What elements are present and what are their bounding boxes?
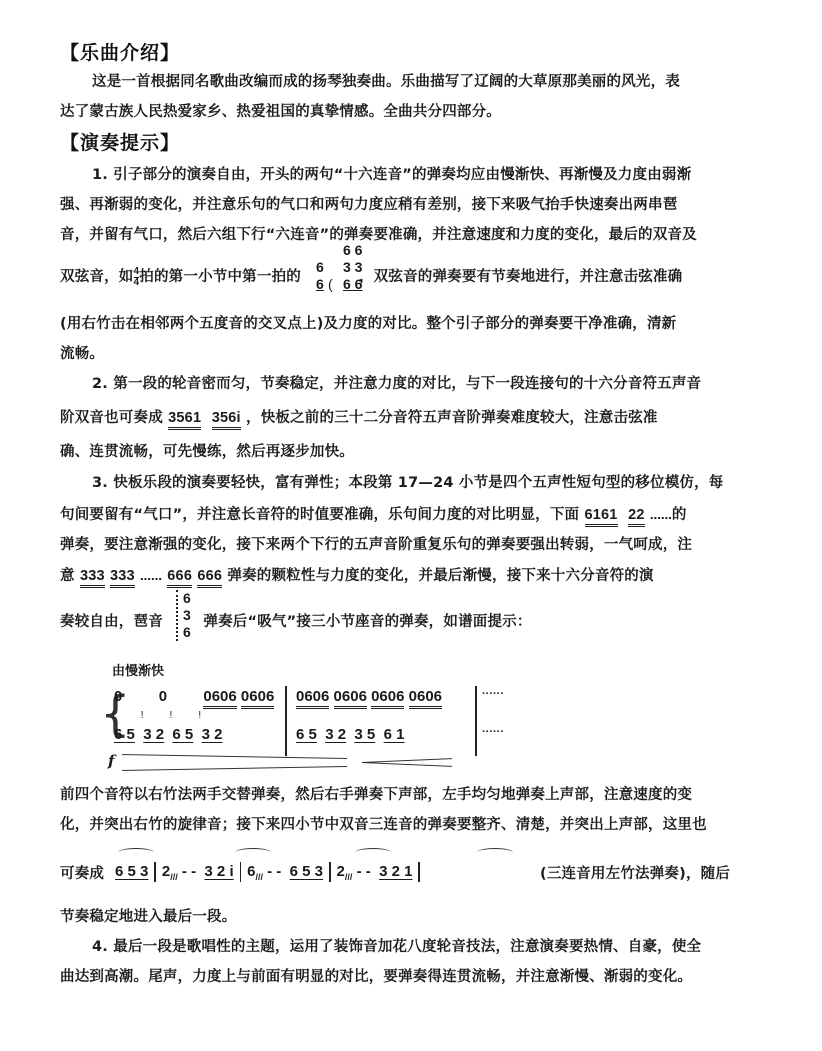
decrescendo-hairpin — [122, 754, 347, 759]
chord-paren: ( — [328, 277, 333, 292]
text-span: 弹奏的颗粒性与力度的变化，并最后渐慢，接下来十六分音符的演 — [227, 568, 653, 584]
tip2-line-3: 确、连贯流畅，可先慢练，然后再逐步加快。 — [60, 440, 760, 461]
decrescendo-hairpin — [122, 766, 347, 771]
arpeggio-note: 6 — [183, 624, 191, 641]
tip4-line-1: 4. 最后一段是歌唱性的主题，运用了装饰音加花八度轮音技法，注意演奏要热情、自豪… — [92, 935, 792, 956]
note-pair: 6 5 — [114, 726, 135, 743]
triplet: 6 5 3 — [115, 863, 148, 880]
text-span: 意 — [60, 568, 75, 584]
hold: - - — [357, 863, 371, 880]
tremolo-icon: /// — [345, 872, 353, 882]
barline — [475, 686, 477, 756]
ellipsis: …… — [140, 570, 162, 583]
slur-icon — [235, 848, 271, 857]
barline — [240, 862, 242, 882]
tip1-line-3: 音，并留有气口，然后六组下行“六连音”的弹奏要准确，并注意速度和力度的变化，最后… — [60, 223, 760, 244]
tip3-line-5: 奏较自由，琶音 弹奏后“吸气”接三小节座音的弹奏，如谱面提示： — [60, 610, 760, 631]
note: 2 — [162, 863, 170, 880]
crescendo-hairpin — [362, 762, 452, 767]
tremolo-icon: /// — [170, 872, 178, 882]
upper-voice-m2: 0606 0606 0606 0606 — [296, 688, 442, 705]
tip3-line-3: 弹奏，要注意渐强的变化，接下来两个下行的五声音阶重复乐句的弹奏要强出转弱，一气呵… — [60, 533, 760, 554]
note-group: 0606 — [334, 688, 367, 709]
tips-heading: 【演奏提示】 — [60, 128, 180, 155]
ellipsis: …… — [650, 509, 672, 522]
note-group: 0606 — [203, 688, 236, 709]
tip1-line-1: 1. 引子部分的演奏自由，开头的两句“十六连音”的弹奏均应由慢渐快、再渐慢及力度… — [92, 163, 792, 184]
lower-voice-m2: 6 5 3 2 3 5 6 1 — [296, 726, 404, 743]
dynamic-forte: f — [108, 752, 114, 770]
chord-bot-left: 6 — [316, 277, 324, 292]
barline — [154, 862, 156, 882]
text-span: ，快板之前的三十二分音符五声音阶弹奏难度较大，注意击弦准 — [246, 410, 658, 426]
text-span: 阶双音也可奏成 — [60, 410, 163, 426]
notation-666: 666 — [197, 569, 222, 588]
text-span: 的 — [672, 507, 687, 523]
grace-marks: !!!! — [112, 710, 227, 721]
note-group: 0606 — [241, 688, 274, 709]
notation-6161: 6161 — [585, 508, 618, 527]
notation-666: 666 — [167, 569, 192, 588]
notation-333: 333 — [110, 569, 135, 588]
tip2-line-2: 阶双音也可奏成 3561 356i ，快板之前的三十二分音符五声音阶弹奏难度较大… — [60, 406, 760, 430]
tip3-line-2: 句间要留有“气口”，并注意长音符的时值要准确，乐句间力度的对比明显，下面 616… — [60, 503, 760, 527]
tip3b-line-2: 化，并突出右竹的旋律音；接下来四小节中双音三连音的弹奏要整齐、清楚，并突出上声部… — [60, 813, 760, 834]
note-group: 0606 — [296, 688, 329, 709]
barline — [418, 862, 420, 882]
notation-333: 333 — [80, 569, 105, 588]
tip2-line-1: 2. 第一段的轮音密而匀，节奏稳定，并注意力度的对比，与下一段连接句的十六分音符… — [92, 372, 792, 393]
triplet-notation: 6 5 32/// - - 3 2 i6/// - - 6 5 32/// - … — [115, 862, 426, 882]
tip1-line-6: 流畅。 — [60, 342, 760, 363]
intro-text-line-1: 这是一首根据同名歌曲改编而成的扬琴独奏曲。乐曲描写了辽阔的大草原那美丽的风光，表 — [92, 70, 792, 91]
notation-22: 22 — [628, 508, 645, 527]
arpeggio-chord: 6 3 6 — [176, 590, 191, 641]
tip3-line-4: 意 333 333 …… 666 666 弹奏的颗粒性与力度的变化，并最后渐慢，… — [60, 564, 760, 588]
note-pair: 3 2 — [325, 726, 346, 743]
barline — [329, 862, 331, 882]
note-pair: 3 2 — [202, 726, 223, 743]
score-excerpt: 由慢渐快 { 0 0 0606 0606 0606 0606 0606 0606… — [100, 660, 540, 770]
hold: - - — [267, 863, 281, 880]
tip3-line-1: 3. 快板乐段的演奏要轻快，富有弹性；本段第 17—24 小节是四个五声性短句型… — [92, 471, 792, 492]
chord-bot-right: 6 6 — [343, 277, 362, 292]
note-pair: 3 5 — [354, 726, 375, 743]
text-span: 弹奏后“吸气”接三小节座音的弹奏，如谱面提示： — [203, 614, 531, 630]
chord-mid-right: 3 3 — [343, 260, 362, 275]
tempo-marking: 由慢渐快 — [112, 660, 164, 679]
tip1-line-4: 双弦音，如44拍的第一小节中第一拍的，双弦音的弹奏要有节奏地进行，并注意击弦准确 — [60, 265, 760, 288]
notation-356i: 356i — [212, 411, 241, 430]
text-span: 奏较自由，琶音 — [60, 614, 163, 630]
note-pair: 6 5 — [296, 726, 317, 743]
arpeggio-note: 6 — [183, 590, 191, 607]
upper-voice: 0 0 0606 0606 — [114, 688, 274, 705]
tip1-line-5: (用右竹击在相邻两个五度音的交叉点上)及力度的对比。整个引子部分的弹奏要干净准确… — [60, 312, 760, 333]
notation-3561: 3561 — [168, 411, 201, 430]
hold: - - — [182, 863, 196, 880]
note: 0 — [159, 688, 167, 705]
tip3b-line-1: 前四个音符以右竹法两手交替弹奏，然后右手弹奏下声部，左手均匀地弹奏上声部，注意速… — [60, 783, 760, 804]
text-span: 可奏成 — [60, 866, 104, 882]
continuation: ······ — [482, 688, 504, 700]
triplet: 3 2 1 — [379, 863, 412, 880]
slur-icon — [355, 848, 391, 857]
tip1-line-2: 强、再渐弱的变化，并注意乐句的气口和两句力度应稍有差别，接下来吸气抬手快速奏出两… — [60, 193, 760, 214]
barline — [285, 686, 287, 756]
note-group: 0606 — [409, 688, 442, 709]
text-span: 双弦音，如 — [60, 269, 134, 285]
intro-text-line-2: 达了蒙古族人民热爱家乡、热爱祖国的真挚情感。全曲共分四部分。 — [60, 100, 760, 121]
tip3b-line-3-tail: (三连音用左竹法弹奏)，随后 — [540, 862, 780, 883]
triplet: 3 2 i — [204, 863, 233, 880]
note-group: 0606 — [371, 688, 404, 709]
text-span: 句间要留有“气口”，并注意长音符的时值要准确，乐句间力度的对比明显，下面 — [60, 507, 579, 523]
lower-voice: 6 5 3 2 6 5 3 2 — [114, 726, 222, 743]
tip4-line-2: 曲达到高潮。尾声，力度上与前面有明显的对比，要弹奏得连贯流畅，并注意渐慢、渐弱的… — [60, 965, 760, 986]
text-span: ，双弦音的弹奏要有节奏地进行，并注意击弦准确 — [359, 269, 682, 285]
text-span: 拍的第一小节中第一拍的 — [139, 269, 301, 285]
slur-icon — [118, 848, 154, 857]
slur-icon — [477, 848, 513, 857]
triplet: 6 5 3 — [290, 863, 323, 880]
tip3b-line-4: 节奏稳定地进入最后一段。 — [60, 905, 760, 926]
tremolo-icon: /// — [255, 872, 263, 882]
note: 2 — [337, 863, 345, 880]
note-pair: 3 2 — [143, 726, 164, 743]
note-pair: 6 1 — [384, 726, 405, 743]
document-page: 【乐曲介绍】 这是一首根据同名歌曲改编而成的扬琴独奏曲。乐曲描写了辽阔的大草原那… — [0, 0, 822, 1051]
continuation: ······ — [482, 726, 504, 738]
chord-mid-left: 6 — [316, 260, 324, 275]
note: 0 — [114, 688, 122, 705]
intro-heading: 【乐曲介绍】 — [60, 38, 180, 65]
chord-top: 6 6 — [343, 243, 362, 258]
arpeggio-note: 3 — [183, 607, 191, 624]
note-pair: 6 5 — [172, 726, 193, 743]
